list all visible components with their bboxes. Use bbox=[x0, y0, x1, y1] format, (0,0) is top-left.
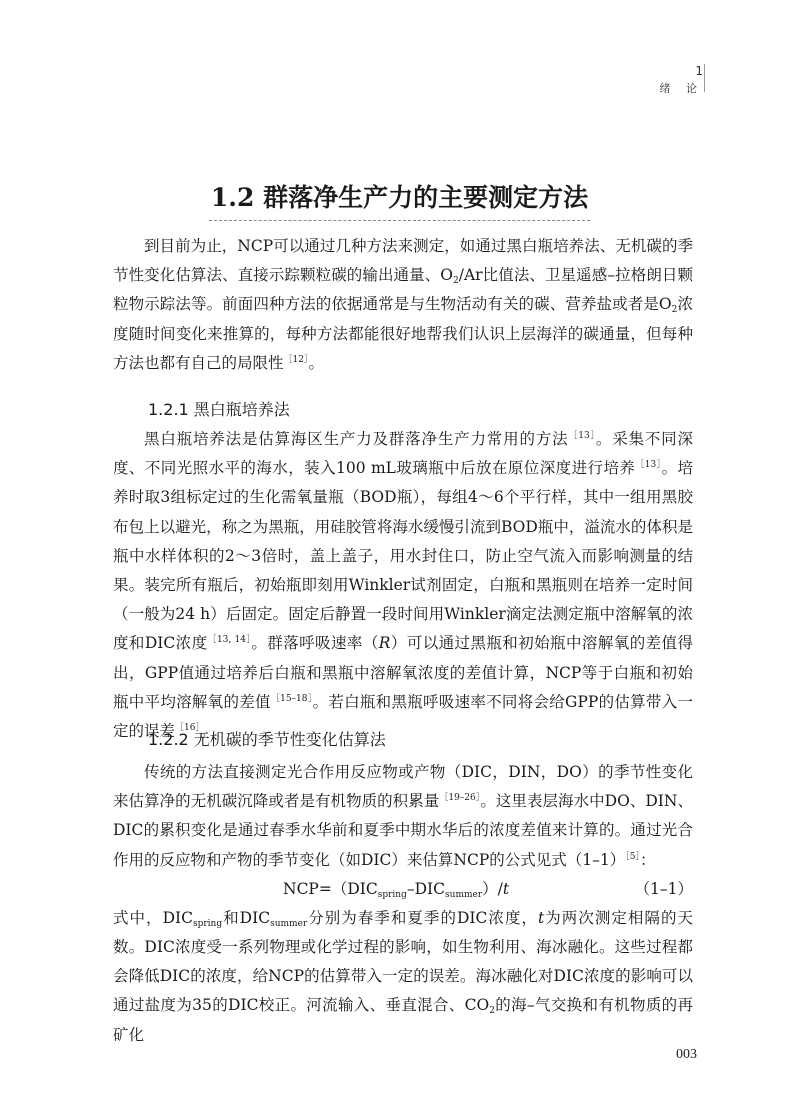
variable: t bbox=[503, 880, 509, 898]
chapter-number: 1 bbox=[660, 62, 704, 80]
text: 式中，DIC bbox=[113, 909, 193, 927]
citation: ［13］ bbox=[635, 460, 661, 470]
section-title: 1.2 群落净生产力的主要测定方法 bbox=[0, 178, 799, 221]
running-head: 1 绪 论 bbox=[660, 62, 704, 98]
text: NCP=（DIC bbox=[283, 880, 378, 898]
text: –DIC bbox=[407, 880, 445, 898]
text: 。 bbox=[308, 354, 324, 372]
paragraph: 式中，DICspring和DICsummer分别为春季和夏季的DIC浓度，t为两… bbox=[113, 904, 693, 1050]
page-number: 003 bbox=[676, 1047, 697, 1063]
subsection-1-body: 黑白瓶培养法是估算海区生产力及群落净生产力常用的方法［13］。采集不同深度、不同… bbox=[113, 425, 693, 746]
intro-paragraph-block: 到目前为止，NCP可以通过几种方法来测定，如通过黑白瓶培养法、无机碳的季节性变化… bbox=[113, 232, 693, 378]
citation: ［15–18］ bbox=[271, 694, 313, 704]
citation: ［12］ bbox=[284, 355, 309, 365]
chapter-title: 绪 论 bbox=[660, 80, 704, 98]
citation: ［19–26］ bbox=[439, 793, 480, 803]
citation: ［5］ bbox=[625, 852, 640, 862]
paragraph: 传统的方法直接测定光合作用反应物或产物（DIC，DIN，DO）的季节性变化来估算… bbox=[113, 758, 693, 875]
subscript: summer bbox=[445, 890, 482, 900]
text: ： bbox=[640, 851, 656, 869]
equation-number: （1–1） bbox=[635, 875, 693, 904]
citation: ［13］ bbox=[568, 431, 595, 441]
text: 黑白瓶培养法是估算海区生产力及群落净生产力常用的方法 bbox=[144, 430, 568, 448]
equation-1-1: NCP=（DICspring–DICsummer）/t （1–1） bbox=[113, 875, 693, 904]
subscript: summer bbox=[270, 919, 307, 929]
text: 分别为春季和夏季的DIC浓度， bbox=[307, 909, 538, 927]
subsection-heading-1-2-2: 1.2.2 无机碳的季节性变化估算法 bbox=[148, 727, 386, 750]
subsection-heading-1-2-1: 1.2.1 黑白瓶培养法 bbox=[148, 397, 290, 420]
paragraph: 黑白瓶培养法是估算海区生产力及群落净生产力常用的方法［13］。采集不同深度、不同… bbox=[113, 425, 693, 746]
running-head-divider bbox=[704, 64, 705, 92]
text: 。群落呼吸速率（ bbox=[251, 634, 378, 652]
intro-paragraph: 到目前为止，NCP可以通过几种方法来测定，如通过黑白瓶培养法、无机碳的季节性变化… bbox=[113, 232, 693, 378]
equation-expression: NCP=（DICspring–DICsummer）/t bbox=[283, 875, 509, 904]
citation: ［13, 14］ bbox=[208, 635, 252, 645]
text: 。培养时取3组标定过的生化需氧量瓶（BOD瓶），每组4～6个平行样，其中一组用黑… bbox=[113, 459, 693, 652]
variable: R bbox=[379, 634, 391, 652]
subscript: spring bbox=[193, 919, 222, 929]
subscript: spring bbox=[378, 890, 407, 900]
text: 和DIC bbox=[222, 909, 270, 927]
text: ）/ bbox=[482, 880, 503, 898]
section-title-text: 1.2 群落净生产力的主要测定方法 bbox=[209, 178, 590, 221]
subsection-2-body: 传统的方法直接测定光合作用反应物或产物（DIC，DIN，DO）的季节性变化来估算… bbox=[113, 758, 693, 1050]
